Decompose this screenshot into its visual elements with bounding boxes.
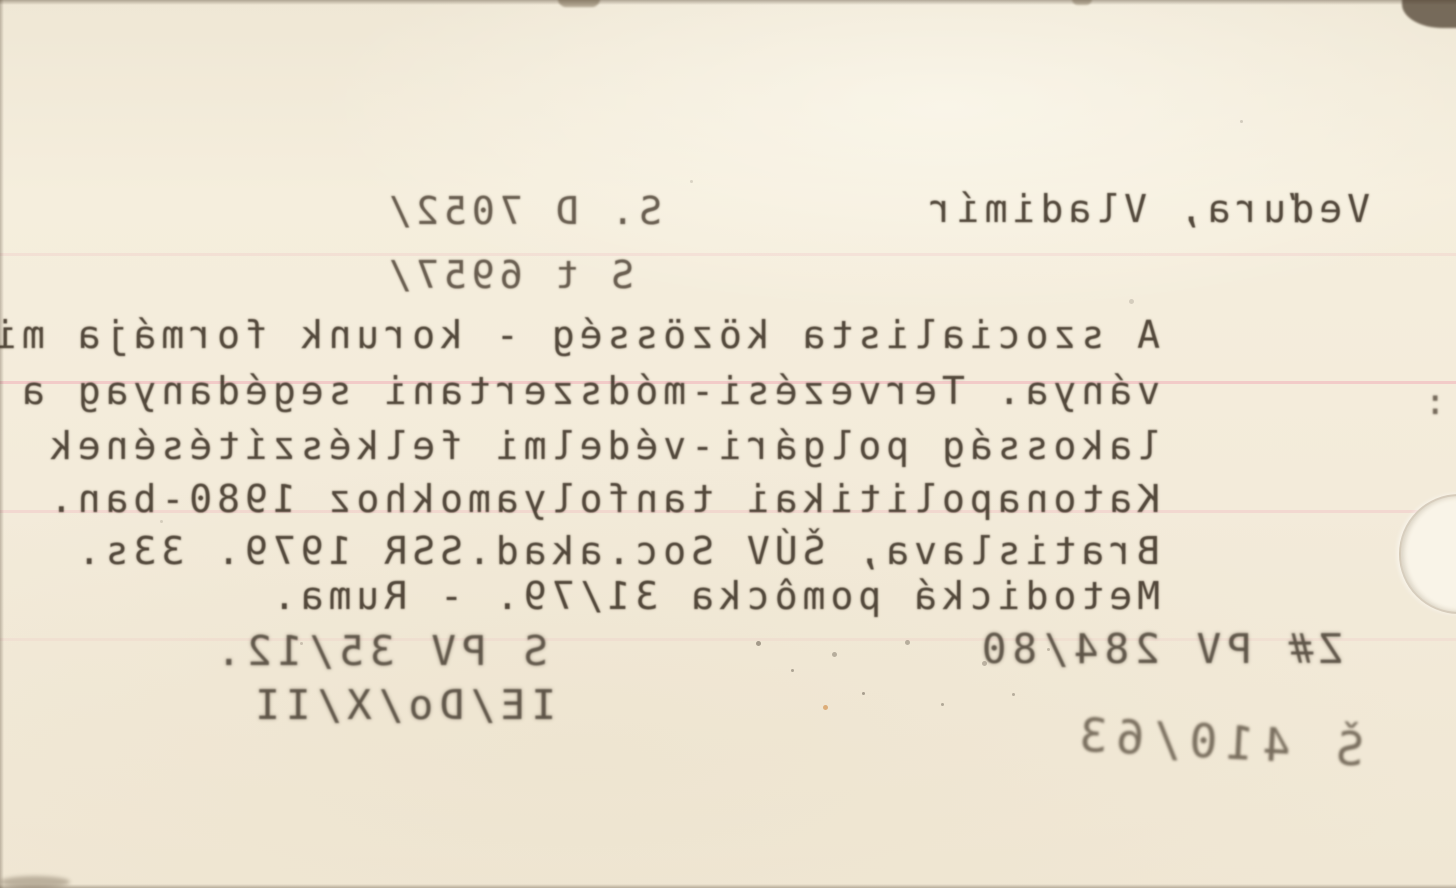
catalog-card-scan: Veďura, Vladimír S. D 7052/ S t 6957/ A … (0, 0, 1456, 888)
mirrored-text-layer: Veďura, Vladimír S. D 7052/ S t 6957/ A … (0, 0, 1456, 888)
author-line: Veďura, Vladimír (924, 190, 1370, 230)
top-edge-shadow (0, 0, 1456, 5)
footer-right-code-2: IE/Do/X/II (249, 684, 556, 727)
body-line: Metodická pomôcka 31/79. - Ruma. (268, 577, 1160, 617)
body-line: Katonapolitikai tanfolyamokhoz 1980-ban. (45, 480, 1160, 520)
body-line: ványa. Tervezési-módszertani segédanyag … (17, 372, 1160, 412)
bottom-left-shadow (0, 876, 70, 888)
edge-nick (558, 0, 600, 7)
left-edge-shadow (0, 0, 4, 888)
body-line: A szocialista közösség - korunk formája … (0, 316, 1160, 356)
accession-stamp: Š 410/63 (1069, 710, 1365, 774)
body-line: Bratislava, ŠÚV Soc.akad.SSR 1979. 33s. (73, 532, 1160, 572)
stray-mark: : (1419, 384, 1446, 422)
call-number-2: S t 6957/ (383, 256, 634, 296)
ink-speckles (0, 0, 3, 3)
bottom-edge-shadow (0, 884, 1456, 888)
footer-right-code-1: S PV 35/12. (210, 630, 548, 673)
call-number-1: S. D 7052/ (383, 192, 662, 232)
body-line: lakosság polgári-védelmi felkészítésének (45, 427, 1160, 467)
footer-left-code: Z# PV 284/80 (976, 628, 1344, 671)
